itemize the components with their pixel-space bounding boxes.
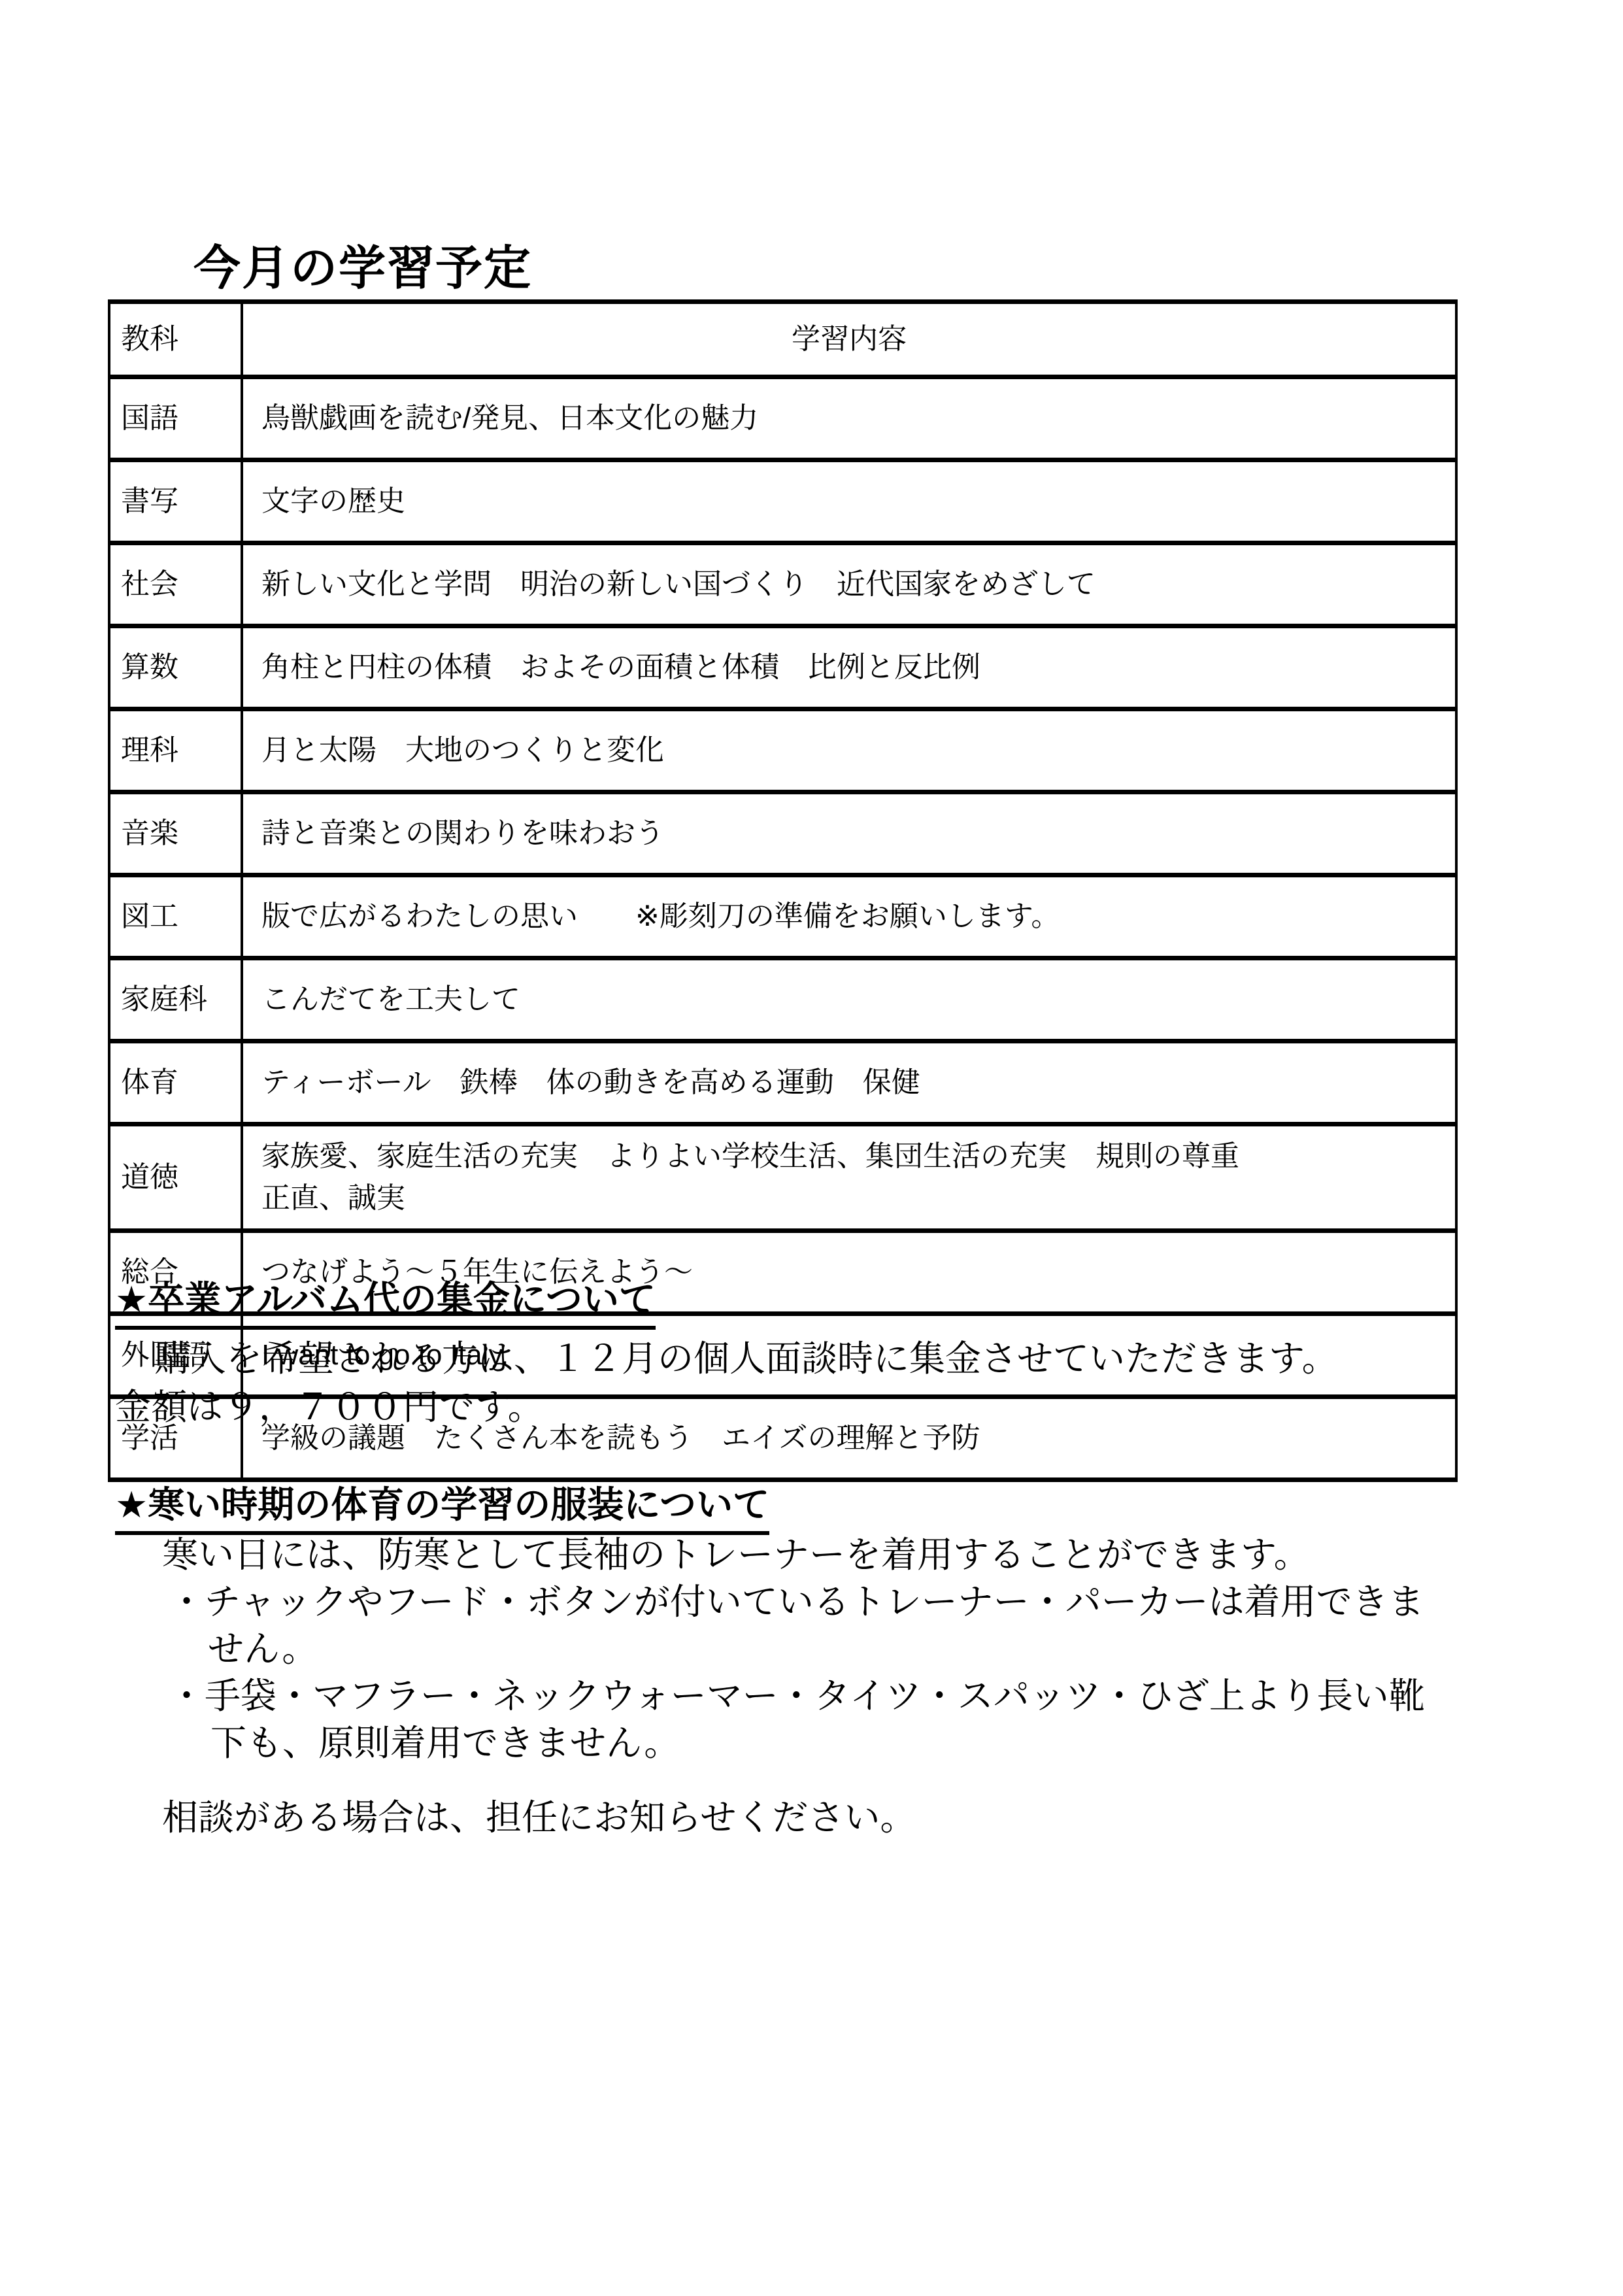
subject-cell: 家庭科 bbox=[109, 958, 242, 1041]
table-row: 体育 ティーボール 鉄棒 体の動きを高める運動 保健 bbox=[109, 1041, 1456, 1124]
table-row: 理科 月と太陽 大地のつくりと変化 bbox=[109, 709, 1456, 792]
section1-line2: 金額は９，７００円です。 bbox=[115, 1383, 544, 1430]
content-cell: 詩と音楽との関わりを味わおう bbox=[242, 792, 1456, 875]
table-row: 音楽 詩と音楽との関わりを味わおう bbox=[109, 792, 1456, 875]
section2-bullet2-line2: 下も、原則着用できません。 bbox=[210, 1719, 680, 1766]
section1-heading-text: 卒業アルバム代の集金について bbox=[148, 1279, 656, 1320]
subject-cell: 書写 bbox=[109, 460, 242, 543]
section1-line1: 購入を希望される方は、１２月の個人面談時に集金させていただきます。 bbox=[115, 1335, 1338, 1382]
subject-cell: 算数 bbox=[109, 626, 242, 709]
subject-cell: 体育 bbox=[109, 1041, 242, 1124]
content-cell: 月と太陽 大地のつくりと変化 bbox=[242, 709, 1456, 792]
content-cell: 新しい文化と学問 明治の新しい国づくり 近代国家をめざして bbox=[242, 543, 1456, 626]
content-cell: 版で広がるわたしの思い ※彫刻刀の準備をお願いします。 bbox=[242, 875, 1456, 958]
section2-bullet1-line1: ・チャックやフード・ボタンが付いているトレーナー・パーカーは着用できま bbox=[169, 1578, 1424, 1625]
section2-intro-line: 寒い日には、防寒として長袖のトレーナーを着用することができます。 bbox=[162, 1531, 1310, 1578]
table-header-row: 教科 学習内容 bbox=[109, 302, 1456, 377]
subject-cell: 図工 bbox=[109, 875, 242, 958]
content-column-header: 学習内容 bbox=[242, 302, 1456, 377]
table-row: 社会 新しい文化と学問 明治の新しい国づくり 近代国家をめざして bbox=[109, 543, 1456, 626]
section2-heading: ★寒い時期の体育の学習の服装について bbox=[115, 1476, 769, 1535]
table-row: 書写 文字の歴史 bbox=[109, 460, 1456, 543]
star-icon: ★ bbox=[115, 1279, 148, 1320]
content-cell: 角柱と円柱の体積 およその面積と体積 比例と反比例 bbox=[242, 626, 1456, 709]
table-row: 家庭科 こんだてを工夫して bbox=[109, 958, 1456, 1041]
section2-bullet1-line2: せん。 bbox=[208, 1625, 318, 1672]
section2-closing-line: 相談がある場合は、担任にお知らせください。 bbox=[162, 1794, 916, 1841]
content-cell: 家族愛、家庭生活の充実 よりよい学校生活、集団生活の充実 規則の尊重 正直、誠実 bbox=[242, 1124, 1456, 1231]
content-cell: こんだてを工夫して bbox=[242, 958, 1456, 1041]
content-cell: 文字の歴史 bbox=[242, 460, 1456, 543]
subject-cell: 社会 bbox=[109, 543, 242, 626]
document-page: 今月の学習予定 教科 学習内容 国語 鳥獣戯画を読む/発見、日本文化の魅力 書写… bbox=[0, 0, 1623, 2296]
subject-cell: 道徳 bbox=[109, 1124, 242, 1231]
section2-bullet2-line1: ・手袋・マフラー・ネックウォーマー・タイツ・スパッツ・ひざ上より長い靴 bbox=[169, 1672, 1425, 1719]
table-row: 算数 角柱と円柱の体積 およその面積と体積 比例と反比例 bbox=[109, 626, 1456, 709]
section2-heading-text: 寒い時期の体育の学習の服装について bbox=[148, 1484, 769, 1525]
content-cell: ティーボール 鉄棒 体の動きを高める運動 保健 bbox=[242, 1041, 1456, 1124]
table-row: 道徳 家族愛、家庭生活の充実 よりよい学校生活、集団生活の充実 規則の尊重 正直… bbox=[109, 1124, 1456, 1231]
page-title: 今月の学習予定 bbox=[193, 230, 532, 298]
subject-column-header: 教科 bbox=[109, 302, 242, 377]
content-cell: 鳥獣戯画を読む/発見、日本文化の魅力 bbox=[242, 377, 1456, 460]
table-row: 図工 版で広がるわたしの思い ※彫刻刀の準備をお願いします。 bbox=[109, 875, 1456, 958]
table-row: 国語 鳥獣戯画を読む/発見、日本文化の魅力 bbox=[109, 377, 1456, 460]
subject-cell: 国語 bbox=[109, 377, 242, 460]
subject-cell: 音楽 bbox=[109, 792, 242, 875]
section1-heading: ★卒業アルバム代の集金について bbox=[115, 1271, 656, 1330]
subject-cell: 理科 bbox=[109, 709, 242, 792]
star-icon: ★ bbox=[115, 1484, 148, 1525]
